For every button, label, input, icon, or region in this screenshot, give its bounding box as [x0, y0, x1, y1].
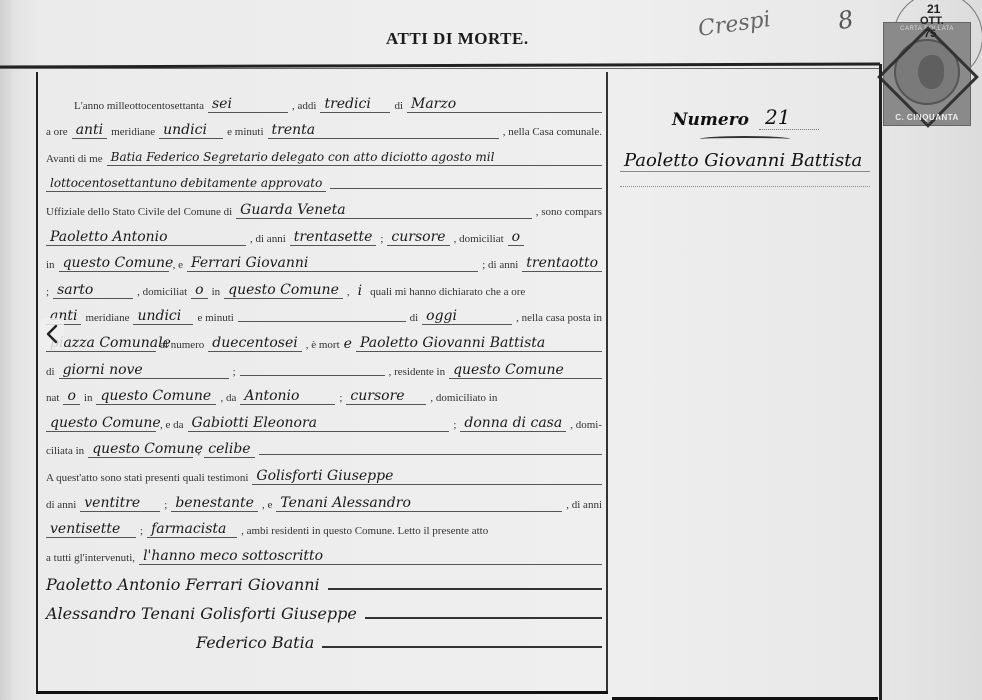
declarant-2-field: Ferrari Giovanni — [187, 255, 478, 272]
record-line-3: Avanti di me Batia Federico Segretario d… — [46, 139, 602, 166]
witness-2-field: Tenani Alessandro — [276, 495, 562, 512]
postmark-year: 75 — [924, 28, 936, 40]
declarant-1-field: Paoletto Antonio — [46, 229, 246, 246]
postmark-month: OTT. — [920, 15, 944, 27]
footer-rule-left — [36, 691, 608, 694]
record-line-9: anti meridiane undici e minuti di oggi ,… — [46, 299, 602, 326]
signature-line-2: Alessandro Tenani Golisforti Giuseppe — [46, 594, 602, 623]
record-line-16: di anni ventitre ; benestante , e Tenani… — [46, 485, 602, 512]
record-line-10: piazza Comunale al numero duecentosei , … — [46, 325, 602, 352]
record-line-7: in questo Comune , e Ferrari Giovanni ; … — [46, 246, 602, 273]
deceased-name-field: Paoletto Giovanni Battista — [356, 335, 602, 352]
signature-line-1: Paoletto Antonio Ferrari Giovanni — [46, 565, 602, 594]
hour-field: undici — [159, 122, 223, 139]
officer-field: Batia Federico Segretario delegato con a… — [107, 149, 602, 166]
stamp-value: C. CINQUANTA — [884, 113, 970, 122]
record-line-18: a tutti gl'intervenuti, l'hanno meco sot… — [46, 538, 602, 565]
year-field: sei — [208, 96, 288, 113]
signature-witnesses: Alessandro Tenani Golisforti Giuseppe — [46, 604, 357, 623]
record-line-17: ventisette ; farmacista , ambi residenti… — [46, 512, 602, 539]
record-line-8: ; sarto , domiciliat o in questo Comune … — [46, 272, 602, 299]
frame-divider — [606, 72, 608, 694]
age-field: giorni nove — [59, 362, 229, 379]
record-line-2: a ore anti meridiane undici e minuti tre… — [46, 113, 602, 140]
margin-number: 8 — [836, 5, 856, 35]
signature-declarants: Paoletto Antonio Ferrari Giovanni — [46, 575, 320, 594]
record-line-1: L'anno milleottocentosettanta sei , addì… — [46, 86, 602, 113]
header-rule-thin — [0, 68, 880, 69]
minutes-field: trenta — [268, 122, 499, 139]
record-line-4: lottocentosettantuno debitamente approva… — [46, 166, 602, 193]
record-number-row: Numero 21 — [620, 100, 870, 130]
frame-right-border — [879, 64, 882, 700]
witness-1-field: Golisforti Giuseppe — [252, 468, 602, 485]
day-field: tredici — [320, 96, 390, 113]
record-line-6: Paoletto Antonio , di anni trentasette ;… — [46, 219, 602, 246]
father-field: Antonio — [240, 388, 335, 405]
record-line-15: A quest'atto sono stati presenti quali t… — [46, 458, 602, 485]
previous-page-button[interactable] — [40, 318, 64, 350]
death-record-body: L'anno milleottocentosettanta sei , addì… — [46, 86, 602, 652]
record-line-5: Uffiziale dello Stato Civile del Comune … — [46, 192, 602, 219]
document-page: ATTI DI MORTE. Crespi 8 CARTA BOLLATA C.… — [0, 0, 982, 700]
chevron-left-icon — [45, 324, 59, 344]
frame-left-border — [36, 72, 38, 694]
record-line-13: questo Comune , e da Gabiotti Eleonora ;… — [46, 405, 602, 432]
margin-note: Crespi — [697, 7, 773, 42]
signature-officer: Federico Batia — [196, 633, 314, 652]
register-deceased-name: Paoletto Giovanni Battista — [620, 150, 870, 172]
month-field: Marzo — [407, 96, 602, 113]
comune-field: Guarda Veneta — [236, 202, 532, 219]
mother-field: Gabiotti Eleonora — [188, 415, 450, 432]
record-line-14: ciliata in questo Comune ; celibe — [46, 432, 602, 459]
page-title: ATTI DI MORTE. — [386, 29, 529, 49]
record-number-label: Numero — [672, 110, 749, 130]
record-number-value: 21 — [759, 105, 819, 130]
decorative-flourish — [700, 136, 790, 142]
postmark-day: 21 — [927, 2, 940, 16]
dotted-rule — [620, 186, 870, 187]
record-line-12: nat o in questo Comune , da Antonio ; cu… — [46, 379, 602, 406]
marital-status-field: celibe — [204, 441, 254, 458]
record-line-11: di giorni nove ; , residente in questo C… — [46, 352, 602, 379]
signature-line-3: Federico Batia — [46, 623, 602, 652]
register-panel: Numero 21 Paoletto Giovanni Battista — [620, 100, 870, 187]
